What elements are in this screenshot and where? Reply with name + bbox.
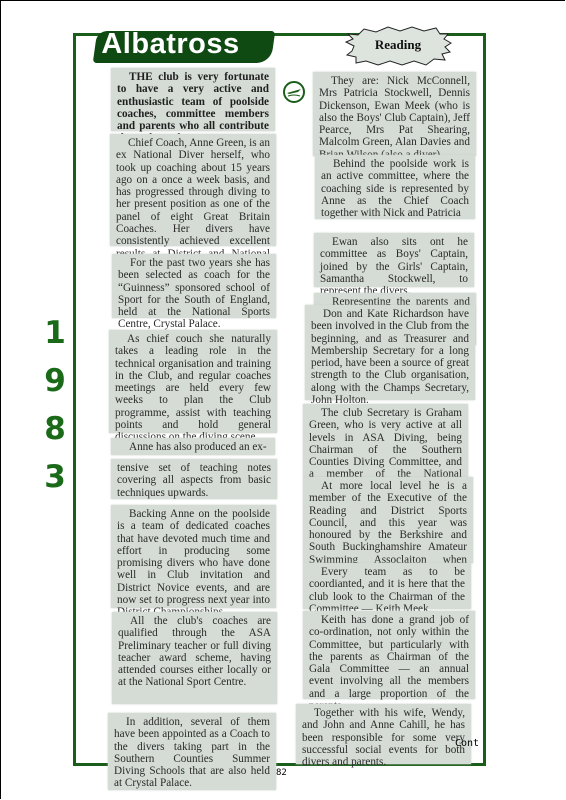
masthead-title: Albatross — [93, 31, 275, 63]
year-digit: 3 — [40, 459, 70, 495]
badge-label: Reading — [344, 37, 452, 53]
clipping-local-level: At more local level he is a member of th… — [303, 477, 473, 563]
clipping-social-events: Together with his wife, Wendy, and John … — [296, 704, 471, 764]
clipping-committee: Behind the poolside work is an active co… — [315, 155, 475, 219]
clipping-teaching-notes-start: Anne has also produced an ex- — [111, 438, 275, 455]
clipping-guinness-school: For the past two years she has been sele… — [112, 254, 276, 318]
club-crest-logo-icon — [283, 81, 305, 103]
page-number: 82 — [276, 768, 287, 778]
clipping-qualifications: All the club's coaches are qualified thr… — [112, 612, 277, 704]
clipping-captains: Ewan also sits ont he committee as Boys'… — [314, 233, 474, 287]
clipping-secretary: The club Secretary is Graham Green, who … — [303, 404, 468, 477]
clipping-gala-committee: Keith has done a grand job of co-ordinat… — [303, 611, 475, 699]
clipping-treasurer: Don and Kate Richardson have been involv… — [305, 305, 475, 400]
clipping-technical-role: As chief couch she naturally takes a lea… — [109, 330, 277, 433]
clipping-summer-schools: In addition, several of them have been a… — [108, 713, 276, 790]
year-digit: 1 — [40, 315, 70, 351]
year-digit: 8 — [40, 411, 70, 447]
clipping-chief-coach: Chief Coach, Anne Green, is an ex Nation… — [110, 134, 276, 246]
clipping-intro: THE club is very fortunate to have a ver… — [111, 68, 275, 131]
year-digit: 9 — [40, 363, 70, 399]
continued-label: Cont — [455, 738, 479, 749]
title-text: Albatross — [101, 28, 239, 61]
clipping-coaches-list: They are: Nick McConnell, Mrs Patricia S… — [313, 72, 476, 156]
reading-badge: Reading — [344, 26, 452, 66]
clipping-teaching-notes-end: tensive set of teaching notes covering a… — [111, 459, 277, 499]
clipping-coordination: Every team as to be coordianted, and it … — [303, 563, 471, 609]
clipping-backing-team: Backing Anne on the poolside is a team o… — [111, 505, 276, 608]
